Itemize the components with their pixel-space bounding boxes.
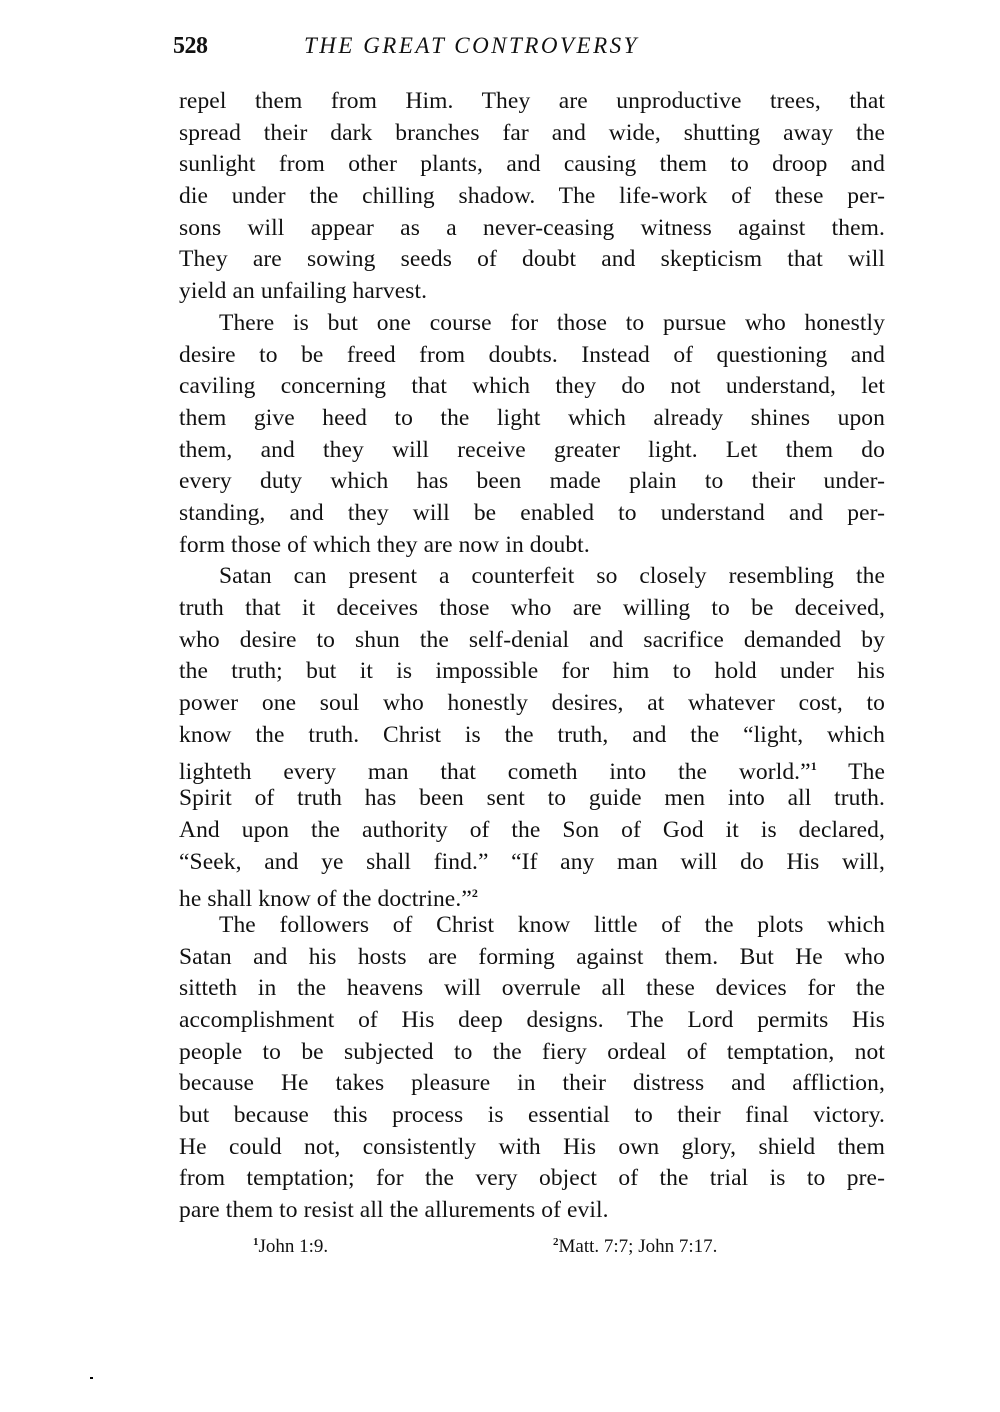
text-line: them, and they will receive greater ligh… (179, 435, 885, 467)
paragraph-2: There is but one course for those to pur… (179, 308, 885, 562)
page-header: 528 THE GREAT CONTROVERSY (170, 33, 890, 65)
text-line: Satan and his hosts are forming against … (179, 942, 885, 974)
text-line: There is but one course for those to pur… (179, 308, 885, 340)
paragraph-1: repel them from Him. They are unproducti… (179, 86, 885, 308)
footnote-text: John 1:9. (259, 1236, 329, 1257)
text-line: He could not, consistently with His own … (179, 1132, 885, 1164)
text-line: spread their dark branches far and wide,… (179, 118, 885, 150)
text-line: from temptation; for the very object of … (179, 1163, 885, 1195)
text-segment: he shall know of the doctrine.” (179, 886, 472, 912)
text-line: them give heed to the light which alread… (179, 403, 885, 435)
text-line: Spirit of truth has been sent to guide m… (179, 783, 885, 815)
paragraph-4: The followers of Christ know little of t… (179, 910, 885, 1227)
text-line: people to be subjected to the fiery orde… (179, 1037, 885, 1069)
paragraph-3: Satan can present a counterfeit so close… (179, 561, 885, 910)
text-line: who desire to shun the self-denial and s… (179, 625, 885, 657)
footnote-ref-1[interactable]: 1 (811, 759, 817, 773)
text-line-with-footnote: lighteth every man that cometh into the … (179, 751, 885, 783)
text-line: standing, and they will be enabled to un… (179, 498, 885, 530)
text-line: Satan can present a counterfeit so close… (179, 561, 885, 593)
text-line: sons will appear as a never-ceasing witn… (179, 213, 885, 245)
text-line: caviling concerning that which they do n… (179, 371, 885, 403)
text-line: pare them to resist all the allurements … (179, 1195, 885, 1227)
footnote-ref-2[interactable]: 2 (472, 886, 478, 900)
footnote-text: Matt. 7:7; John 7:17. (559, 1236, 718, 1257)
text-line: sitteth in the heavens will overrule all… (179, 973, 885, 1005)
text-line: sunlight from other plants, and causing … (179, 149, 885, 181)
page-number: 528 (173, 33, 208, 60)
text-line-with-footnote: he shall know of the doctrine.”2 (179, 878, 885, 910)
running-title: THE GREAT CONTROVERSY (304, 33, 639, 59)
footnote-2: 2Matt. 7:7; John 7:17. (553, 1236, 717, 1258)
text-line: know the truth. Christ is the truth, and… (179, 720, 885, 752)
text-line: They are sowing seeds of doubt and skept… (179, 244, 885, 276)
text-segment: lighteth every man that cometh into the … (179, 759, 811, 785)
text-line: but because this process is essential to… (179, 1100, 885, 1132)
text-line: truth that it deceives those who are wil… (179, 593, 885, 625)
text-line: desire to be freed from doubts. Instead … (179, 340, 885, 372)
text-line: because He takes pleasure in their distr… (179, 1068, 885, 1100)
text-line: form those of which they are now in doub… (179, 530, 885, 562)
text-line: repel them from Him. They are unproducti… (179, 86, 885, 118)
body-text: repel them from Him. They are unproducti… (179, 86, 885, 1227)
text-line: the truth; but it is impossible for him … (179, 656, 885, 688)
footnotes: 1John 1:9. 2Matt. 7:7; John 7:17. (253, 1236, 813, 1266)
text-line: every duty which has been made plain to … (179, 466, 885, 498)
text-line: The followers of Christ know little of t… (179, 910, 885, 942)
text-line: power one soul who honestly desires, at … (179, 688, 885, 720)
footnote-1: 1John 1:9. (253, 1236, 328, 1258)
text-line: “Seek, and ye shall find.” “If any man w… (179, 847, 885, 879)
text-line: accomplishment of His deep designs. The … (179, 1005, 885, 1037)
text-line: die under the chilling shadow. The life-… (179, 181, 885, 213)
text-line: yield an unfailing harvest. (179, 276, 885, 308)
text-line: And upon the authority of the Son of God… (179, 815, 885, 847)
scan-speck (90, 1377, 93, 1379)
text-segment: The (848, 759, 885, 785)
